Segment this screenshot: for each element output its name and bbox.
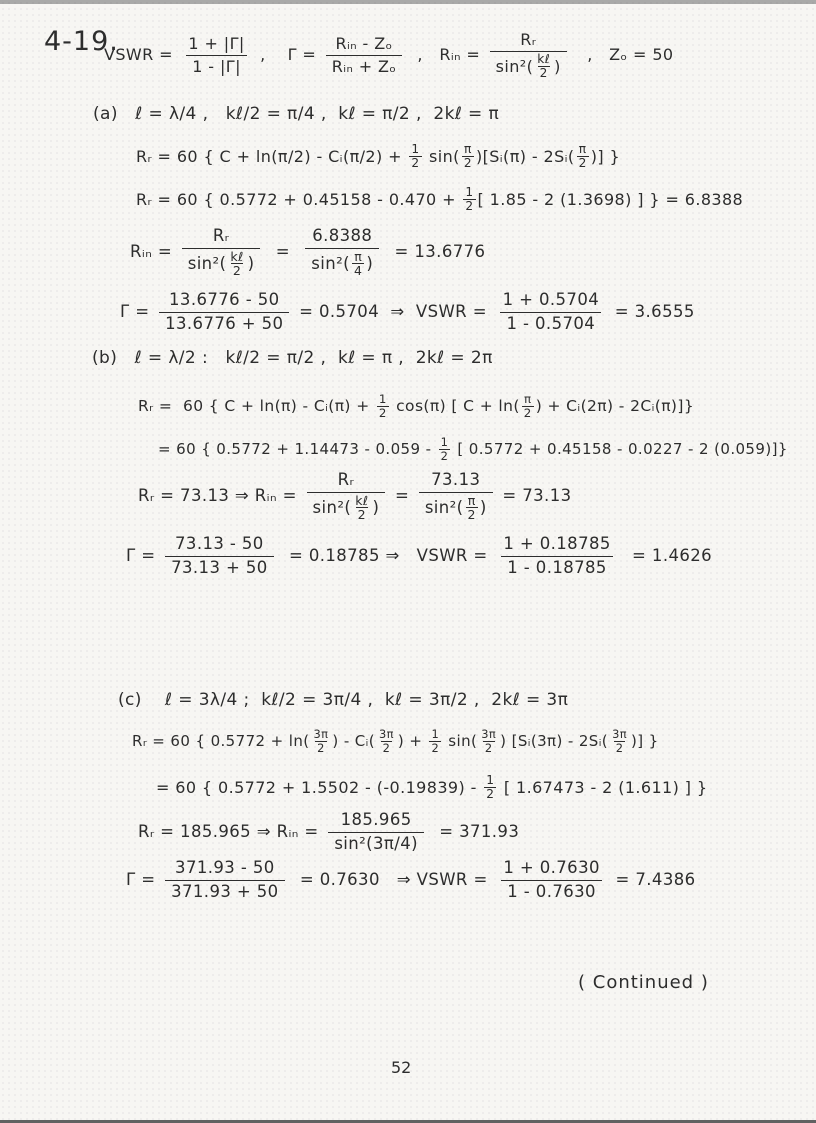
formula-text: )] } (591, 147, 620, 167)
fraction: π2 (522, 393, 534, 420)
formula-text: = 7.4386 (610, 870, 696, 891)
fraction-numerator: 73.13 - 50 (169, 534, 270, 556)
fraction-denominator: 2 (356, 507, 368, 522)
formula-text: = 0.5704 ⇒ VSWR = (293, 302, 492, 323)
formula-line-b-rin: Rᵣ = 73.13 ⇒ Rᵢₙ = Rᵣsin²(kℓ2) = 73.13si… (138, 470, 572, 522)
fraction-numerator: 1 + 0.7630 (497, 858, 606, 880)
formula-line-a-rr1: Rᵣ = 60 { C + ln(π/2) - Cᵢ(π/2) + 12 sin… (136, 143, 620, 171)
fraction-numerator: π (577, 143, 589, 156)
fraction-numerator: Rᵣ (332, 470, 361, 492)
formula-text: sin( (443, 732, 477, 751)
formula-text: , Rᵢₙ = (406, 45, 485, 65)
formula-text: = 0.7630 ⇒ VSWR = (289, 870, 494, 891)
fraction-numerator: Rᵣ (207, 226, 236, 248)
fraction-denominator: 2 (409, 156, 421, 170)
fraction: kℓ2 (228, 250, 245, 279)
fraction-denominator: sin²(kℓ2) (307, 492, 386, 523)
fraction-denominator: 371.93 + 50 (165, 880, 284, 903)
formula-text: [ 0.5772 + 0.45158 - 0.0227 - 2 (0.059)]… (452, 440, 788, 459)
formula-line-a-head: (a) ℓ = λ/4 , kℓ/2 = π/4 , kℓ = π/2 , 2k… (93, 104, 499, 125)
formula-text: Rᵢₙ = (130, 242, 178, 263)
fraction-denominator: 2 (577, 156, 589, 170)
fraction: Rᵣsin²(kℓ2) (490, 30, 567, 81)
fraction: π2 (577, 143, 589, 171)
formula-text: Rᵣ = 185.965 ⇒ Rᵢₙ = (138, 822, 324, 843)
formula-text: (b) ℓ = λ/2 : kℓ/2 = π/2 , kℓ = π , 2kℓ … (92, 348, 493, 369)
fraction: 1 + 0.187851 - 0.18785 (497, 534, 616, 578)
fraction-denominator: 13.6776 + 50 (159, 312, 289, 335)
fraction-numerator: π (466, 494, 478, 508)
fraction: 12 (463, 186, 475, 214)
fraction-denominator: 2 (463, 199, 475, 213)
fraction: π2 (462, 143, 474, 171)
fraction-denominator: sin²(3π/4) (328, 832, 424, 855)
fraction-numerator: 185.965 (335, 810, 418, 832)
formula-text: sin²( (496, 57, 534, 77)
fraction-denominator: 73.13 + 50 (165, 556, 274, 579)
fraction-denominator: sin²(π4) (305, 248, 379, 279)
formula-line-header: VSWR = 1 + |Γ|1 - |Γ| , Γ = Rᵢₙ - ZₒRᵢₙ … (104, 30, 674, 81)
fraction-denominator: 1 - 0.7630 (501, 880, 602, 903)
fraction-numerator: 1 (439, 436, 451, 449)
fraction-denominator: 1 - 0.5704 (500, 312, 601, 335)
fraction-numerator: 1 + 0.18785 (497, 534, 616, 556)
fraction-numerator: 3π (377, 728, 396, 741)
fraction: 13.6776 - 5013.6776 + 50 (159, 290, 289, 334)
fraction-denominator: 2 (381, 741, 393, 755)
formula-line-c-rin: Rᵣ = 185.965 ⇒ Rᵢₙ = 185.965sin²(3π/4) =… (138, 810, 519, 854)
formula-line-b-gamma: Γ = 73.13 - 5073.13 + 50 = 0.18785 ⇒ VSW… (126, 534, 712, 578)
fraction-numerator: 3π (610, 728, 629, 741)
formula-text: = 13.6776 (383, 242, 485, 263)
fraction-numerator: Rᵣ (514, 30, 542, 51)
fraction: 12 (377, 393, 389, 420)
continued-note: ( Continued ) (578, 972, 709, 993)
fraction: 73.13sin²(π2) (419, 470, 493, 522)
formula-text: Rᵣ = 60 { 0.5772 + 0.45158 - 0.470 + (136, 190, 461, 210)
formula-text: (a) ℓ = λ/4 , kℓ/2 = π/4 , kℓ = π/2 , 2k… (93, 104, 499, 125)
fraction-numerator: 1 (377, 393, 389, 406)
formula-text: ) (248, 254, 255, 275)
formula-text: = (264, 242, 301, 263)
formula-text: = 60 { 0.5772 + 1.14473 - 0.059 - (158, 440, 437, 459)
formula-text: , Zₒ = 50 (571, 45, 674, 65)
fraction-numerator: kℓ (353, 494, 370, 508)
fraction-denominator: 2 (466, 507, 478, 522)
fraction-denominator: 2 (538, 66, 550, 80)
fraction: 371.93 - 50371.93 + 50 (165, 858, 284, 902)
fraction: kℓ2 (353, 494, 370, 523)
formula-text: Rᵣ = 60 { C + ln(π/2) - Cᵢ(π/2) + (136, 147, 407, 167)
formula-text: Γ = (120, 302, 155, 323)
fraction-numerator: kℓ (228, 250, 245, 264)
fraction: 3π2 (312, 728, 331, 754)
fraction-numerator: 6.8388 (306, 226, 378, 248)
fraction: 12 (409, 143, 421, 171)
fraction-denominator: sin²(kℓ2) (182, 248, 261, 279)
formula-text: = 0.18785 ⇒ VSWR = (278, 546, 494, 567)
fraction-denominator: 2 (429, 741, 441, 755)
fraction: 73.13 - 5073.13 + 50 (165, 534, 274, 578)
formula-text: ) (366, 254, 373, 275)
fraction: 1 + 0.76301 - 0.7630 (497, 858, 606, 902)
fraction-denominator: 1 - 0.18785 (501, 556, 613, 579)
formula-text: ) (372, 498, 379, 519)
formula-line-b-head: (b) ℓ = λ/2 : kℓ/2 = π/2 , kℓ = π , 2kℓ … (92, 348, 493, 369)
fraction-numerator: 1 (484, 774, 496, 787)
fraction-numerator: 1 (409, 143, 421, 156)
formula-line-c-rr2: = 60 { 0.5772 + 1.5502 - (-0.19839) - 12… (156, 774, 707, 802)
fraction-denominator: 2 (614, 741, 626, 755)
formula-text: )] } (631, 732, 659, 751)
fraction-numerator: π (462, 143, 474, 156)
fraction: π2 (466, 494, 478, 523)
formula-text: )[Sᵢ(π) - 2Sᵢ( (476, 147, 575, 167)
fraction: kℓ2 (535, 53, 552, 81)
formula-text: [ 1.85 - 2 (1.3698) ] } = 6.8388 (478, 190, 744, 210)
fraction-numerator: Rᵢₙ - Zₒ (330, 34, 399, 55)
page-number: 52 (391, 1058, 411, 1077)
fraction-numerator: 73.13 (425, 470, 486, 492)
fraction: 1 + 0.57041 - 0.5704 (497, 290, 606, 334)
fraction-denominator: 2 (231, 263, 243, 278)
fraction: 185.965sin²(3π/4) (328, 810, 424, 854)
formula-text: ) - Cᵢ( (332, 732, 375, 751)
formula-text: sin²( (311, 254, 350, 275)
fraction-numerator: 371.93 - 50 (169, 858, 281, 880)
fraction-denominator: 2 (522, 406, 534, 420)
formula-line-c-rr1: Rᵣ = 60 { 0.5772 + ln(3π2) - Cᵢ(3π2) + 1… (132, 728, 659, 754)
scan-edge-top (0, 0, 816, 4)
fraction: 3π2 (610, 728, 629, 754)
fraction: 1 + |Γ|1 - |Γ| (182, 34, 250, 77)
fraction-numerator: 3π (479, 728, 498, 741)
formula-line-a-gamma: Γ = 13.6776 - 5013.6776 + 50 = 0.5704 ⇒ … (120, 290, 695, 334)
formula-line-c-head: (c) ℓ = 3λ/4 ; kℓ/2 = 3π/4 , kℓ = 3π/2 ,… (118, 690, 568, 711)
formula-text: = 371.93 (428, 822, 519, 843)
fraction-denominator: 2 (377, 406, 389, 420)
fraction: 3π2 (479, 728, 498, 754)
fraction: 3π2 (377, 728, 396, 754)
fraction: 12 (484, 774, 496, 802)
formula-text: ) + (398, 732, 428, 751)
formula-text: sin²( (425, 498, 464, 519)
fraction-denominator: 4 (352, 263, 364, 278)
formula-text: = 3.6555 (609, 302, 695, 323)
formula-text: = 60 { 0.5772 + 1.5502 - (-0.19839) - (156, 778, 482, 798)
formula-text: Rᵣ = 60 { C + ln(π) - Cᵢ(π) + (138, 397, 375, 416)
fraction-denominator: 2 (484, 787, 496, 801)
formula-text: ) (554, 57, 561, 77)
formula-text: , Γ = (255, 45, 322, 65)
formula-text: [ 1.67473 - 2 (1.611) ] } (498, 778, 707, 798)
fraction-denominator: 2 (439, 449, 451, 463)
fraction: Rᵢₙ - ZₒRᵢₙ + Zₒ (326, 34, 403, 77)
formula-text: Γ = (126, 546, 161, 567)
formula-line-b-rr1: Rᵣ = 60 { C + ln(π) - Cᵢ(π) + 12 cos(π) … (138, 393, 694, 420)
formula-text: sin²( (188, 254, 227, 275)
fraction-numerator: 1 (463, 186, 475, 199)
fraction-numerator: 1 (429, 728, 441, 741)
fraction-numerator: 13.6776 - 50 (163, 290, 285, 312)
fraction-numerator: 1 + |Γ| (182, 34, 250, 55)
scanned-page: 4-19. VSWR = 1 + |Γ|1 - |Γ| , Γ = Rᵢₙ - … (0, 0, 816, 1123)
formula-text: Rᵣ = 60 { 0.5772 + ln( (132, 732, 310, 751)
fraction-denominator: sin²(kℓ2) (490, 51, 567, 81)
fraction: 12 (429, 728, 441, 754)
formula-text: Rᵣ = 73.13 ⇒ Rᵢₙ = (138, 486, 303, 507)
fraction: Rᵣsin²(kℓ2) (182, 226, 261, 278)
formula-text: sin²( (313, 498, 352, 519)
formula-text: = 1.4626 (621, 546, 712, 567)
formula-line-a-rin: Rᵢₙ = Rᵣsin²(kℓ2) = 6.8388sin²(π4) = 13.… (130, 226, 485, 278)
fraction-denominator: 1 - |Γ| (186, 55, 247, 77)
fraction: π4 (352, 250, 364, 279)
fraction-numerator: π (352, 250, 364, 264)
fraction: Rᵣsin²(kℓ2) (307, 470, 386, 522)
fraction-numerator: π (522, 393, 533, 406)
fraction: 6.8388sin²(π4) (305, 226, 379, 278)
formula-text: = (389, 486, 415, 507)
fraction: 12 (439, 436, 451, 462)
fraction-denominator: Rᵢₙ + Zₒ (326, 55, 403, 77)
fraction-denominator: 2 (462, 156, 474, 170)
formula-text: cos(π) [ C + ln( (391, 397, 520, 416)
formula-text: (c) ℓ = 3λ/4 ; kℓ/2 = 3π/4 , kℓ = 3π/2 ,… (118, 690, 568, 711)
formula-line-c-gamma: Γ = 371.93 - 50371.93 + 50 = 0.7630 ⇒ VS… (126, 858, 696, 902)
fraction-numerator: 3π (312, 728, 331, 741)
formula-text: sin( (424, 147, 460, 167)
fraction-numerator: kℓ (535, 53, 552, 66)
formula-text: VSWR = (104, 45, 178, 65)
fraction-denominator: sin²(π2) (419, 492, 493, 523)
formula-text: ) [Sᵢ(3π) - 2Sᵢ( (500, 732, 608, 751)
fraction-numerator: 1 + 0.5704 (497, 290, 606, 312)
formula-text: = 73.13 (497, 486, 572, 507)
formula-text: ) + Cᵢ(2π) - 2Cᵢ(π)]} (536, 397, 694, 416)
fraction-denominator: 2 (483, 741, 495, 755)
formula-line-b-rr2: = 60 { 0.5772 + 1.14473 - 0.059 - 12 [ 0… (158, 436, 788, 462)
formula-text: Γ = (126, 870, 161, 891)
formula-text: ) (480, 498, 487, 519)
formula-line-a-rr2: Rᵣ = 60 { 0.5772 + 0.45158 - 0.470 + 12[… (136, 186, 743, 214)
fraction-denominator: 2 (315, 741, 327, 755)
